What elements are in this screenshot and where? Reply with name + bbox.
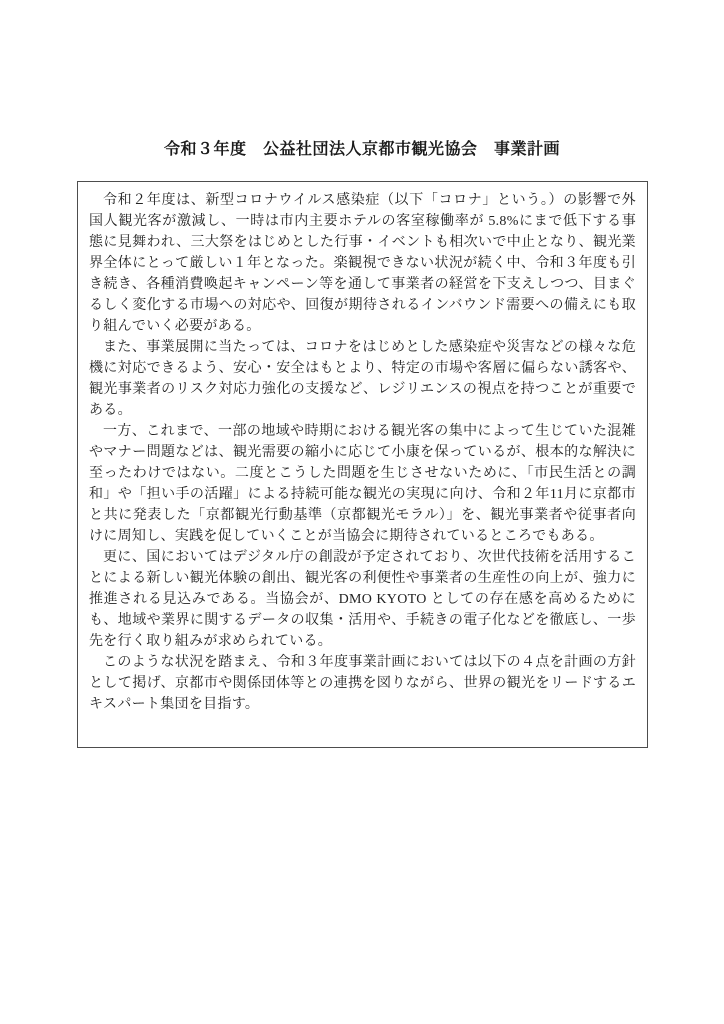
paragraph: 令和２年度は、新型コロナウイルス感染症（以下「コロナ」という。）の影響で外国人観… [89,190,636,337]
document-page: 令和３年度 公益社団法人京都市観光協会 事業計画 令和２年度は、新型コロナウイル… [0,0,724,1024]
page-title: 令和３年度 公益社団法人京都市観光協会 事業計画 [0,136,724,159]
paragraph: また、事業展開に当たっては、コロナをはじめとした感染症や災害などの様々な危機に対… [89,337,636,421]
paragraph: このような状況を踏まえ、令和３年度事業計画においては以下の４点を計画の方針として… [89,652,636,715]
body-text-box: 令和２年度は、新型コロナウイルス感染症（以下「コロナ」という。）の影響で外国人観… [77,181,648,748]
paragraph: 更に、国においてはデジタル庁の創設が予定されており、次世代技術を活用することによ… [89,547,636,652]
paragraph: 一方、これまで、一部の地域や時期における観光客の集中によって生じていた混雑やマナ… [89,421,636,547]
